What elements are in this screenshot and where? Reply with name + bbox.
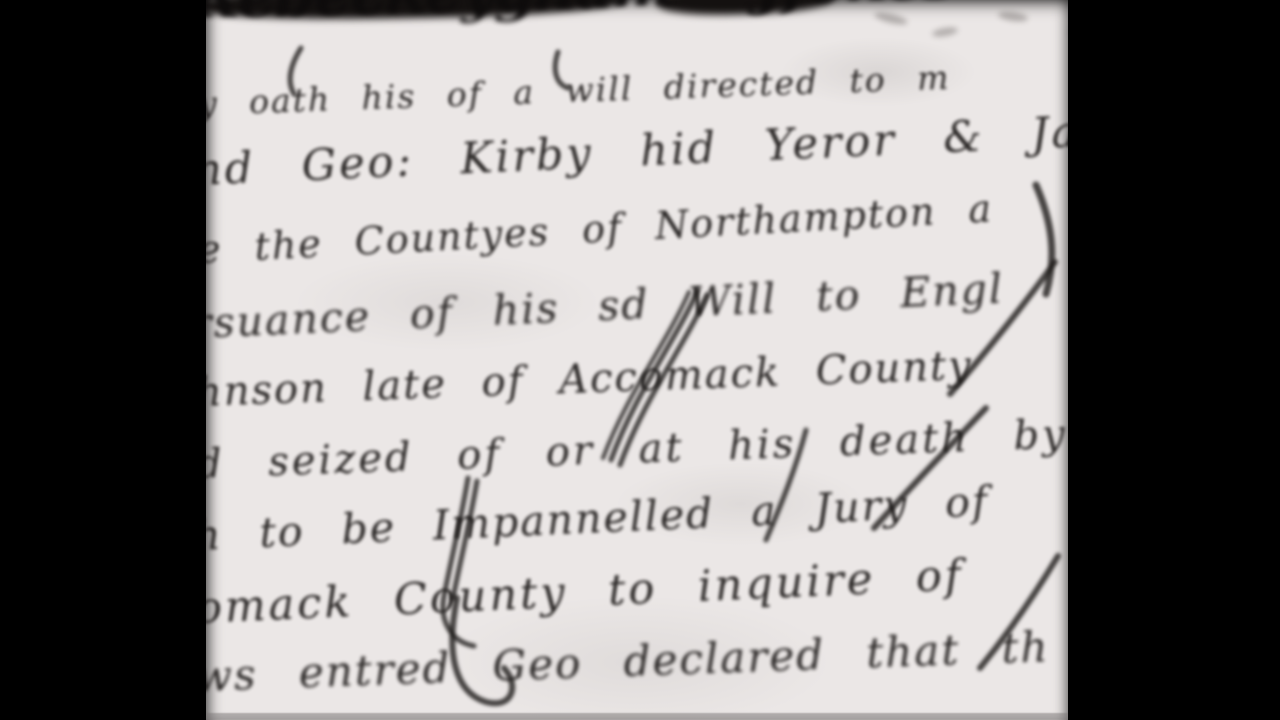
flourish-stroke [950,262,1055,394]
flourish-stroke [766,430,806,540]
document-page: Rebeckeygham Jfones y oath his of a will… [206,0,1068,720]
flourish-stroke [290,48,301,94]
flourish-stroke [611,290,698,460]
letterbox-left-bar [0,0,206,720]
flourish-stroke [980,556,1058,668]
video-frame: Rebeckeygham Jfones y oath his of a will… [0,0,1280,720]
flourish-stroke [603,292,689,458]
flourish-stroke [555,52,568,88]
flourish-stroke [620,295,707,465]
flourish-stroke [874,408,986,528]
ink-flourish-strokes [206,0,1068,720]
frame-bottom-band [206,713,1068,720]
flourish-stroke [452,598,512,703]
letterbox-right-bar [1068,0,1280,720]
